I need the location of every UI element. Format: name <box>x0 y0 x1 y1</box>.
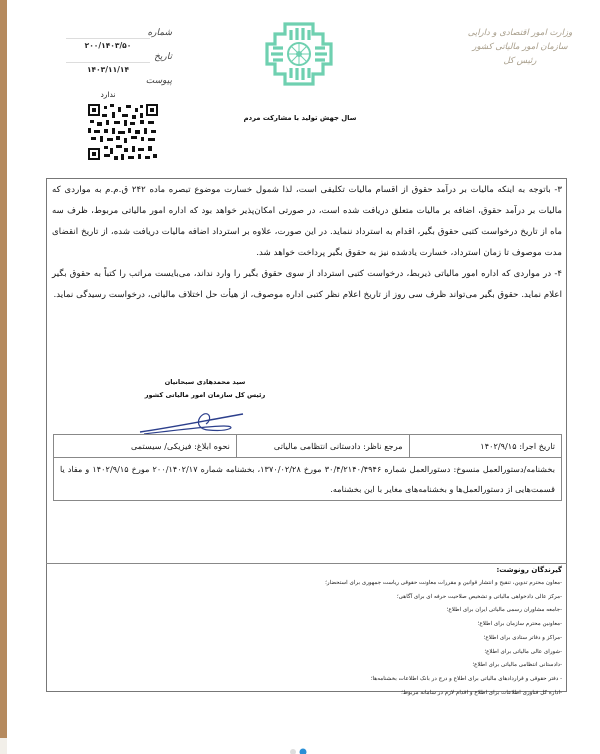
attachment-value: ندارد <box>66 88 150 99</box>
letter-meta: شماره ۲۰۰/۱۴۰۳/۵۰ تاریخ ۱۴۰۳/۱۱/۱۴ پیوست… <box>60 28 172 100</box>
paper-edge-bottom <box>0 738 7 754</box>
letter-body: ۳- باتوجه به اینکه مالیات بر درآمد حقوق … <box>52 180 562 306</box>
recipients-title: گیرندگان رونوشت: <box>300 566 562 574</box>
recipient-item: -جامعه مشاوران رسمی مالیاتی ایران برای ا… <box>300 604 562 618</box>
recipient-item: -شورای عالی مالیاتی برای اطلاع؛ <box>300 646 562 660</box>
recipient-item: -معاونین محترم سازمان برای اطلاع؛ <box>300 618 562 632</box>
recipient-item: - دفتر حقوقی و قراردادهای مالیاتی برای ا… <box>300 673 562 687</box>
number-label: شماره <box>147 28 172 38</box>
cc-recipients: گیرندگان رونوشت: -معاون محترم تدوین، تنق… <box>300 566 562 700</box>
handwritten-signature-icon <box>138 404 248 436</box>
recipient-item: -دادستانی انتظامی مالیاتی برای اطلاع؛ <box>300 659 562 673</box>
date-value: ۱۴۰۳/۱۱/۱۴ <box>66 62 150 74</box>
attachment-label: پیوست <box>146 76 172 86</box>
recipient-item: -اداره کل فناوری اطلاعات برای اطلاع و اق… <box>300 687 562 701</box>
signer-name: سید محمدهادی سبحانیان <box>130 378 280 386</box>
recipients-list: -معاون محترم تدوین، تنقیح و انتشار قوانی… <box>300 577 562 700</box>
execution-date: تاریخ اجرا: ۱۴۰۲/۹/۱۵ <box>409 435 561 458</box>
paper-edge <box>0 0 7 754</box>
supervising-authority: مرجع ناظر: دادستانی انتظامی مالیاتی <box>236 435 409 458</box>
recipient-item: -مراکز و دفاتر ستادی برای اطلاع؛ <box>300 632 562 646</box>
paragraph-4: ۴- در مواردی که اداره امور مالیاتی ذیربط… <box>52 264 562 306</box>
signer-title: رئیس کل سازمان امور مالیاتی کشور <box>130 391 280 399</box>
ministry-line: سازمان امور مالیاتی کشور <box>455 40 585 54</box>
recipients-divider <box>46 563 567 564</box>
notification-method: نحوه ابلاغ: فیزیکی/ سیستمی <box>54 435 237 458</box>
recipient-item: -مرکز عالی دادخواهی مالیاتی و تشخیص صلاح… <box>300 591 562 605</box>
page-indicator-dots-icon <box>287 747 311 754</box>
slogan: سال جهش تولید با مشارکت مردم <box>235 114 365 122</box>
signature-block: سید محمدهادی سبحانیان رئیس کل سازمان امو… <box>130 378 280 399</box>
info-table: تاریخ اجرا: ۱۴۰۲/۹/۱۵ مرجع ناظر: دادستان… <box>53 434 562 501</box>
ministry-line: وزارت امور اقتصادی و دارایی <box>455 26 585 40</box>
ministry-line: رئیس کل <box>455 54 585 68</box>
recipient-item: -معاون محترم تدوین، تنقیح و انتشار قوانی… <box>300 577 562 591</box>
number-value: ۲۰۰/۱۴۰۳/۵۰ <box>66 38 150 50</box>
qr-code-icon <box>88 104 158 160</box>
repealed-directives: بخشنامه/دستورالعمل منسوخ: دستورالعمل شما… <box>54 458 562 501</box>
ministry-header: وزارت امور اقتصادی و دارایی سازمان امور … <box>455 26 585 68</box>
date-label: تاریخ <box>154 52 172 62</box>
paragraph-3: ۳- باتوجه به اینکه مالیات بر درآمد حقوق … <box>52 180 562 264</box>
tax-organization-logo-icon <box>263 20 335 88</box>
